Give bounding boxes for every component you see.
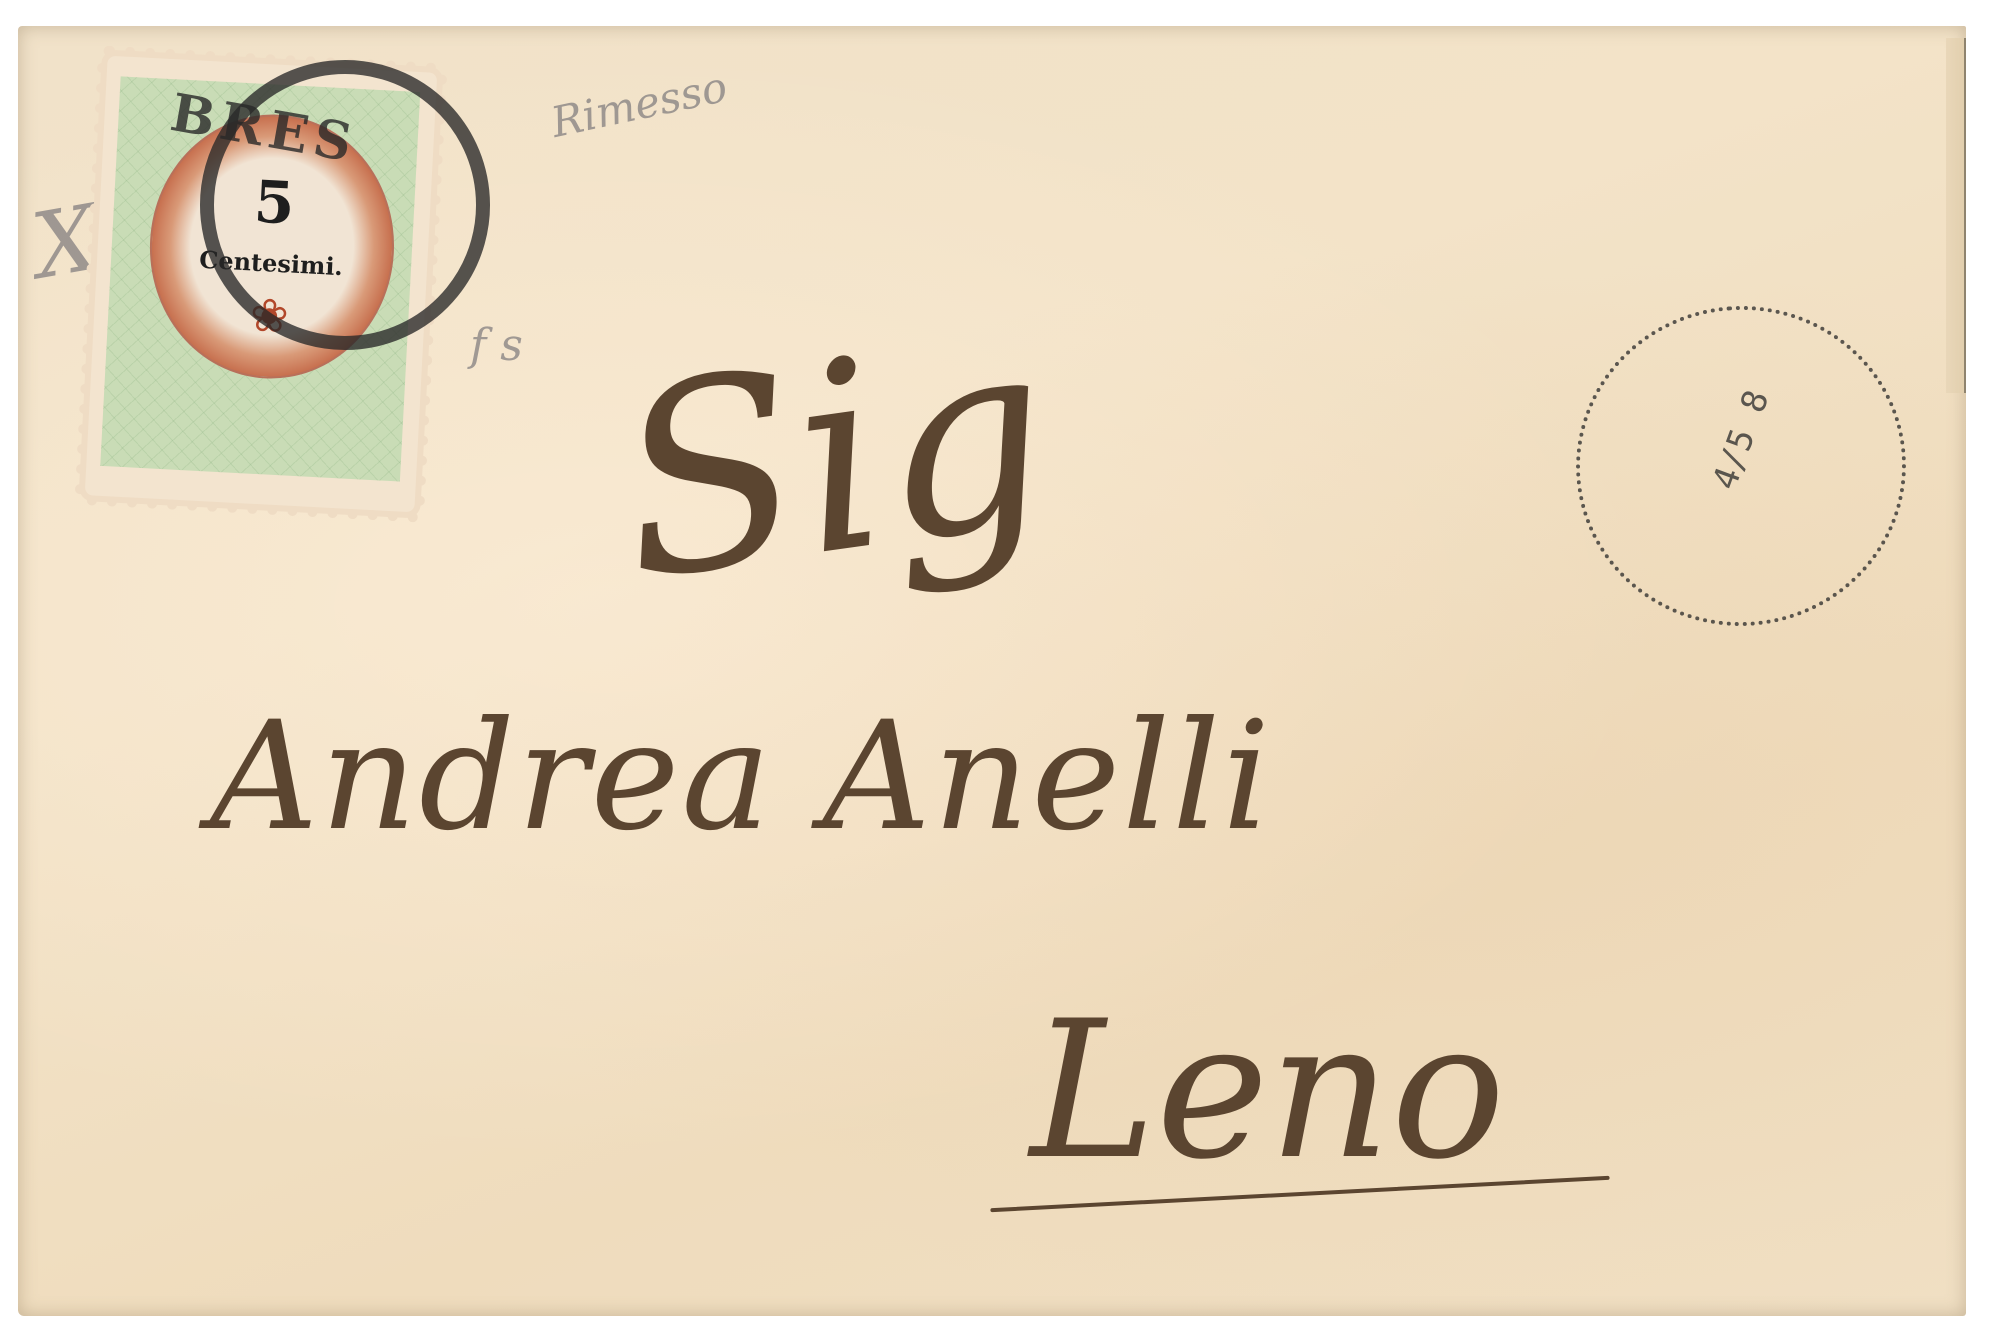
address-recipient: Andrea Anelli [210,690,1272,864]
address-town: Leno [1030,980,1505,1201]
pencil-mark-middle: f s [470,320,523,371]
address-salutation: Sig [604,302,1064,619]
envelope-flap-edge [1946,38,1966,393]
